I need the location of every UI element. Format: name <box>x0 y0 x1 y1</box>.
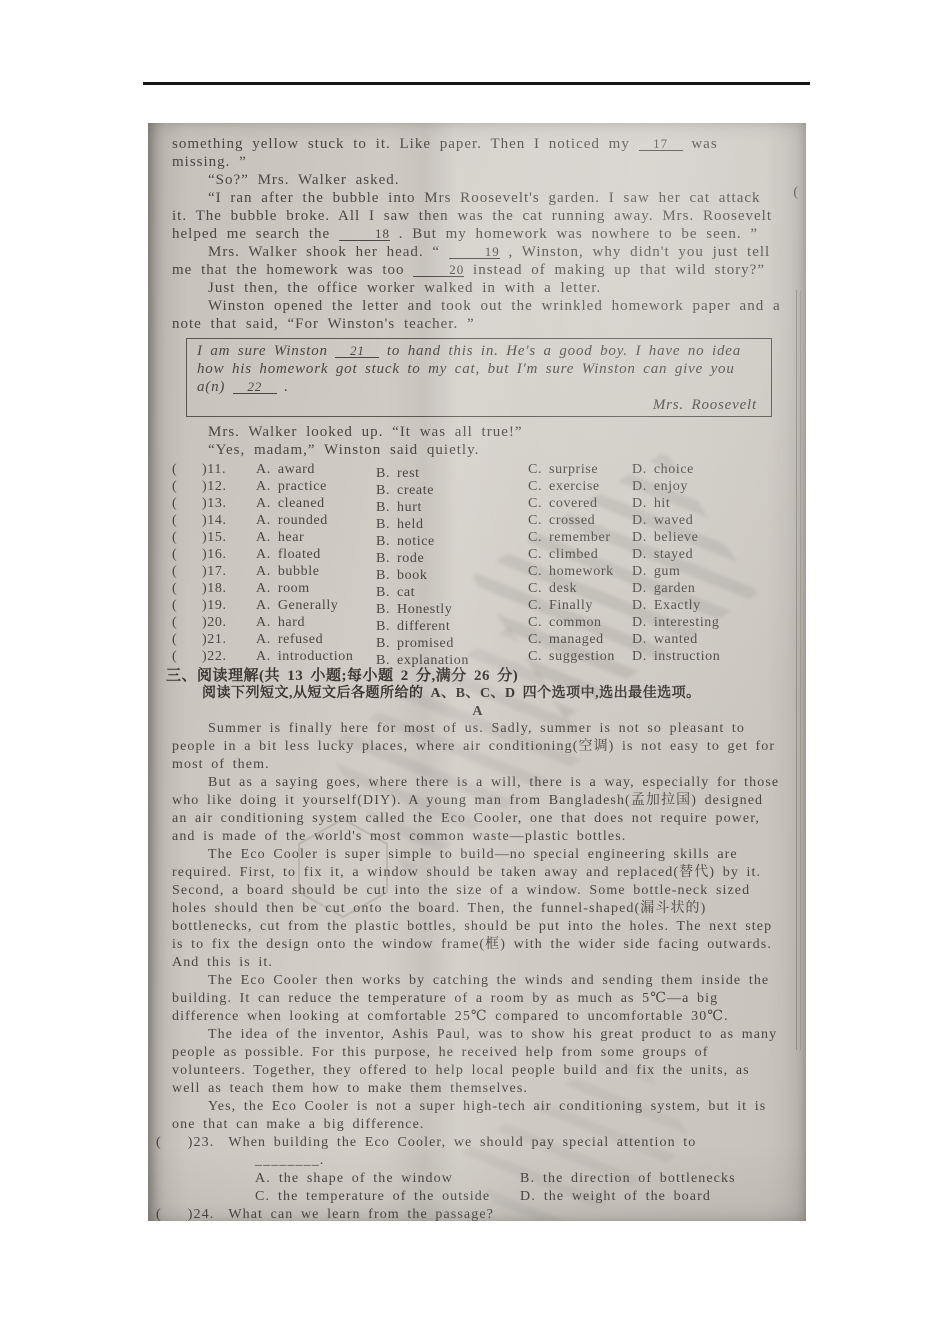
note-text: I am sure Winston 21 to hand this in. He… <box>197 343 741 395</box>
cloze-story-paragraph: Winston opened the letter and took out t… <box>172 297 784 333</box>
question-23-stem: ()23.When building the Eco Cooler, we sh… <box>156 1134 784 1152</box>
blank-number: 21 <box>335 344 379 358</box>
cloze-options-list: ( )11. A.award B.rest C.surprise D.choic… <box>172 461 784 665</box>
note-signature: Mrs. Roosevelt <box>197 396 761 414</box>
cloze-option-row: ( )12. A.practice B.create C.exercise D.… <box>172 478 784 495</box>
hexagon-stamp-icon <box>293 813 393 923</box>
question-number: )14. <box>202 512 256 529</box>
cloze-story-closing: Mrs. Walker looked up. “It was all true!… <box>172 423 784 459</box>
option-d: D.instruction <box>632 648 784 665</box>
option-c: C.homework <box>528 563 632 580</box>
blank-number: 18 <box>339 227 390 241</box>
cloze-story-paragraph: something yellow stuck to it. Like paper… <box>172 135 784 171</box>
answer-bracket: ( <box>172 614 202 631</box>
option-a: A.hear <box>256 529 376 546</box>
option-c: C.covered <box>528 495 632 512</box>
answer-bracket: ( <box>172 648 202 665</box>
cloze-option-row: ( )17. A.bubble B.book C.homework D.gum <box>172 563 784 580</box>
cloze-story-paragraph: “So?” Mrs. Walker asked. <box>172 171 784 189</box>
cloze-option-row: ( )16. A.floated B.rode C.climbed D.stay… <box>172 546 784 563</box>
adjacent-column-edge-line <box>796 290 801 1050</box>
question-23-option: A.the shape of the window <box>255 1170 520 1188</box>
option-c: C.suggestion <box>528 648 632 665</box>
passage-label: A <box>172 703 784 720</box>
reading-instruction: 阅读下列短文,从短文后各题所给的 A、B、C、D 四个选项中,选出最佳选项。 <box>172 685 784 703</box>
option-letter: C. <box>255 1189 270 1204</box>
option-d: D.hit <box>632 495 784 512</box>
cloze-story-paragraph: “I ran after the bubble into Mrs Rooseve… <box>172 189 784 243</box>
answer-bracket: ( <box>156 1207 162 1221</box>
option-c: C.Finally <box>528 597 632 614</box>
question-number: )23. <box>188 1135 215 1150</box>
option-d: D.garden <box>632 580 784 597</box>
cloze-option-row: ( )19. A.Generally B.Honestly C.Finally … <box>172 597 784 614</box>
answer-bracket: ( <box>172 631 202 648</box>
option-a: A.rounded <box>256 512 376 529</box>
cloze-option-row: ( )20. A.hard B.different C.common D.int… <box>172 614 784 631</box>
option-text: the weight of the board <box>544 1189 711 1204</box>
passage-paragraph: Summer is finally here for most of us. S… <box>172 720 784 774</box>
option-c: C.surprise <box>528 461 632 478</box>
page-divider-rule <box>143 82 810 85</box>
option-c: C.crossed <box>528 512 632 529</box>
question-number: )12. <box>202 478 256 495</box>
question-number: )17. <box>202 563 256 580</box>
cloze-option-row: ( )21. A.refused B.promised C.managed D.… <box>172 631 784 648</box>
option-d: D.believe <box>632 529 784 546</box>
blank-number: 17 <box>639 137 683 151</box>
answer-bracket: ( <box>172 529 202 546</box>
option-d: D.gum <box>632 563 784 580</box>
option-d: D.stayed <box>632 546 784 563</box>
question-number: )24. <box>188 1207 215 1221</box>
option-text: the temperature of the outside <box>278 1189 490 1204</box>
cloze-option-row: ( )11. A.award B.rest C.surprise D.choic… <box>172 461 784 478</box>
question-23-options: A.the shape of the window B.the directio… <box>255 1170 784 1206</box>
passage-paragraph: Yes, the Eco Cooler is not a super high-… <box>172 1098 784 1134</box>
answer-bracket: ( <box>172 478 202 495</box>
answer-bracket: ( <box>172 495 202 512</box>
option-d: D.waved <box>632 512 784 529</box>
answer-bracket: ( <box>172 512 202 529</box>
question-number: )11. <box>202 461 256 478</box>
scanned-test-page: ( something yellow stuck to it. Like pap… <box>148 123 806 1221</box>
question-number: )15. <box>202 529 256 546</box>
reading-section: 三、阅读理解(共 13 小题;每小题 2 分,满分 26 分) 阅读下列短文,从… <box>172 667 784 1221</box>
cloze-story-paragraph: Mrs. Walker looked up. “It was all true!… <box>172 423 784 441</box>
answer-bracket: ( <box>156 1135 162 1150</box>
option-a: A.bubble <box>256 563 376 580</box>
passage-paragraph: The idea of the inventor, Ashis Paul, wa… <box>172 1026 784 1098</box>
answer-bracket: ( <box>172 461 202 478</box>
option-a: A.room <box>256 580 376 597</box>
option-d: D.enjoy <box>632 478 784 495</box>
question-23-option: D.the weight of the board <box>520 1188 784 1206</box>
cloze-story-paragraph: Just then, the office worker walked in w… <box>172 279 784 297</box>
option-c: C.remember <box>528 529 632 546</box>
option-d: D.interesting <box>632 614 784 631</box>
option-a: A.refused <box>256 631 376 648</box>
cloze-story-paragraph: Mrs. Walker shook her head. “ 19 , Winst… <box>172 243 784 279</box>
option-d: D.Exactly <box>632 597 784 614</box>
question-number: )21. <box>202 631 256 648</box>
answer-bracket: ( <box>172 546 202 563</box>
option-c: C.common <box>528 614 632 631</box>
stray-bracket-artifact: ( <box>793 185 798 201</box>
passage-paragraph: But as a saying goes, where there is a w… <box>172 774 784 846</box>
option-d: D.choice <box>632 461 784 478</box>
note-from-mrs-roosevelt: I am sure Winston 21 to hand this in. He… <box>186 338 772 417</box>
question-23: ()23.When building the Eco Cooler, we sh… <box>172 1134 784 1206</box>
blank-number: 20 <box>413 263 464 277</box>
cloze-option-row: ( )15. A.hear B.notice C.remember D.beli… <box>172 529 784 546</box>
option-c: C.exercise <box>528 478 632 495</box>
question-24-stem: ()24.What can we learn from the passage? <box>156 1206 784 1221</box>
option-letter: B. <box>520 1171 535 1186</box>
question-23-blank: ________. <box>255 1152 784 1170</box>
option-c: C.climbed <box>528 546 632 563</box>
option-b: B.rest <box>376 461 528 478</box>
blank-number: 19 <box>449 245 500 259</box>
option-a: A.practice <box>256 478 376 495</box>
question-number: )13. <box>202 495 256 512</box>
option-a: A.Generally <box>256 597 376 614</box>
passage-a: Summer is finally here for most of us. S… <box>172 720 784 1134</box>
blank-number: 22 <box>233 380 277 394</box>
answer-bracket: ( <box>172 580 202 597</box>
cloze-option-row: ( )13. A.cleaned B.hurt C.covered D.hit <box>172 495 784 512</box>
question-23-option: C.the temperature of the outside <box>255 1188 520 1206</box>
question-number: )19. <box>202 597 256 614</box>
passage-paragraph: The Eco Cooler then works by catching th… <box>172 972 784 1026</box>
option-a: A.cleaned <box>256 495 376 512</box>
option-letter: D. <box>520 1189 536 1204</box>
answer-bracket: ( <box>172 563 202 580</box>
cloze-story: something yellow stuck to it. Like paper… <box>172 135 784 333</box>
option-d: D.wanted <box>632 631 784 648</box>
option-a: A.award <box>256 461 376 478</box>
question-24: ()24.What can we learn from the passage?… <box>172 1206 784 1221</box>
question-number: )22. <box>202 648 256 665</box>
question-number: )18. <box>202 580 256 597</box>
passage-paragraph: The Eco Cooler is super simple to build—… <box>172 846 784 972</box>
option-a: A.hard <box>256 614 376 631</box>
option-letter: A. <box>255 1171 271 1186</box>
option-c: C.desk <box>528 580 632 597</box>
cloze-story-paragraph: “Yes, madam,” Winston said quietly. <box>172 441 784 459</box>
option-a: A.introduction <box>256 648 376 665</box>
question-number: )16. <box>202 546 256 563</box>
cloze-option-row: ( )18. A.room B.cat C.desk D.garden <box>172 580 784 597</box>
cloze-option-row: ( )22. A.introduction B.explanation C.su… <box>172 648 784 665</box>
cloze-option-row: ( )14. A.rounded B.held C.crossed D.wave… <box>172 512 784 529</box>
question-23-option: B.the direction of bottlenecks <box>520 1170 784 1188</box>
question-number: )20. <box>202 614 256 631</box>
option-c: C.managed <box>528 631 632 648</box>
reading-section-heading: 三、阅读理解(共 13 小题;每小题 2 分,满分 26 分) <box>166 667 784 685</box>
option-text: the direction of bottlenecks <box>543 1171 736 1186</box>
option-text: the shape of the window <box>279 1171 453 1186</box>
option-a: A.floated <box>256 546 376 563</box>
answer-bracket: ( <box>172 597 202 614</box>
